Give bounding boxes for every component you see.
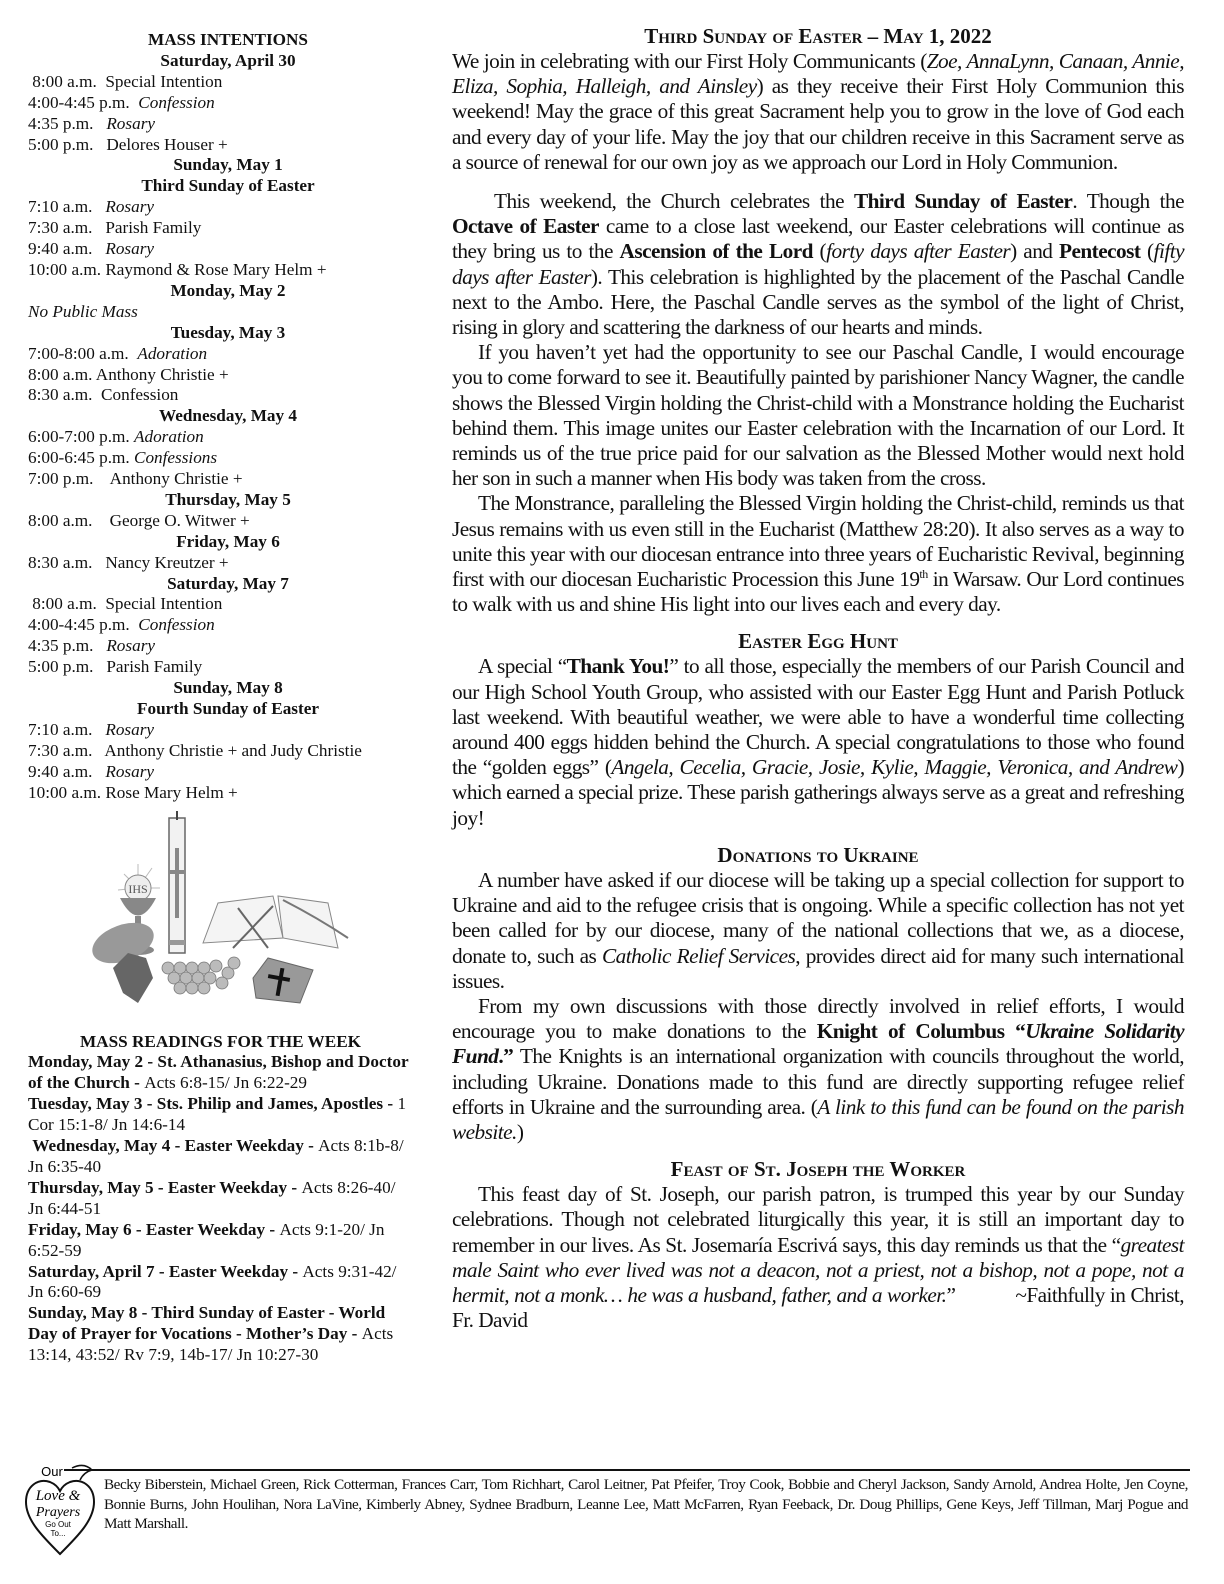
chalice-candle-bible-icon: IHS [28, 808, 428, 1008]
intention-description: Confession [138, 93, 214, 112]
intention-description: Adoration [134, 427, 204, 446]
svg-text:To...: To... [50, 1529, 65, 1538]
day-heading: Thursday, May 5 [28, 490, 428, 511]
reading-item: Monday, May 2 - St. Athanasius, Bishop a… [28, 1052, 413, 1094]
intention-time: 8:00 a.m. [28, 72, 105, 91]
intention-time: 4:35 p.m. [28, 114, 106, 133]
intention-description: George O. Witwer + [110, 511, 250, 530]
egg-hunt-heading: Easter Egg Hunt [452, 629, 1184, 654]
mass-readings-list: Monday, May 2 - St. Athanasius, Bishop a… [28, 1052, 413, 1366]
intro-paragraph-2: This weekend, the Church celebrates the … [452, 189, 1184, 340]
st-joseph-paragraph: This feast day of St. Joseph, our parish… [452, 1182, 1184, 1333]
reading-day-label: Tuesday, May 3 - Sts. Philip and James, … [28, 1094, 397, 1113]
intention-time: 4:00-4:45 p.m. [28, 615, 138, 634]
intention-entry: 7:10 a.m. Rosary [28, 197, 428, 218]
intention-description: Rosary [105, 197, 154, 216]
reading-day-label: Friday, May 6 - Easter Weekday - [28, 1220, 279, 1239]
intention-description: Rosary [106, 114, 155, 133]
svg-text:Go Out: Go Out [45, 1520, 72, 1529]
intention-time: 8:00 a.m. [28, 365, 96, 384]
reading-item: Thursday, May 5 - Easter Weekday - Acts … [28, 1178, 413, 1220]
intention-entry: 8:30 a.m. Confession [28, 385, 428, 406]
intention-time: 5:00 p.m. [28, 657, 106, 676]
intention-time: 10:00 a.m. [28, 260, 105, 279]
day-heading: Wednesday, May 4 [28, 406, 428, 427]
intention-description: Raymond & Rose Mary Helm + [105, 260, 326, 279]
intention-entry: 4:35 p.m. Rosary [28, 636, 428, 657]
intro-paragraph-4: The Monstrance, paralleling the Blessed … [452, 491, 1184, 617]
bulletin-header: Third Sunday of Easter – May 1, 2022 [452, 24, 1184, 49]
intention-description: Parish Family [106, 657, 202, 676]
intention-entry: 7:00 p.m. Anthony Christie + [28, 469, 428, 490]
ukraine-heading: Donations to Ukraine [452, 843, 1184, 868]
egg-hunt-paragraph: A special “Thank You!” to all those, esp… [452, 654, 1184, 830]
eucharist-clipart: IHS [28, 808, 428, 1008]
svg-text:Our: Our [41, 1464, 63, 1479]
intention-description: Confession [138, 615, 214, 634]
intention-time: 5:00 p.m. [28, 135, 106, 154]
footer-divider [64, 1469, 1190, 1471]
reading-day-label: Sunday, May 8 - Third Sunday of Easter -… [28, 1303, 390, 1343]
intention-description: No Public Mass [28, 302, 138, 321]
intention-description: Confessions [134, 448, 217, 467]
intention-entry: 7:30 a.m. Anthony Christie + and Judy Ch… [28, 741, 428, 762]
mass-readings-title: MASS READINGS FOR THE WEEK [28, 1032, 413, 1053]
intention-description: Special Intention [105, 72, 222, 91]
intention-description: Rosary [105, 239, 154, 258]
reading-day-label: Wednesday, May 4 - Easter Weekday - [28, 1136, 318, 1155]
mass-intentions-list: Saturday, April 30 8:00 a.m. Special Int… [28, 51, 428, 804]
intention-description: Anthony Christie + and Judy Christie [104, 741, 361, 760]
reading-item: Tuesday, May 3 - Sts. Philip and James, … [28, 1094, 413, 1136]
intention-time: 7:00 p.m. [28, 469, 110, 488]
intention-entry: 8:00 a.m. Special Intention [28, 72, 428, 93]
day-heading: Tuesday, May 3 [28, 323, 428, 344]
day-heading: Sunday, May 8 [28, 678, 428, 699]
intention-time: 7:30 a.m. [28, 741, 104, 760]
intention-description: Rose Mary Helm + [105, 783, 237, 802]
intro-paragraph-3: If you haven’t yet had the opportunity t… [452, 340, 1184, 491]
intro-paragraph-1: We join in celebrating with our First Ho… [452, 49, 1184, 175]
reading-references: Acts 6:8-15/ Jn 6:22-29 [144, 1073, 307, 1092]
intention-time: 9:40 a.m. [28, 239, 105, 258]
intention-description: Parish Family [105, 218, 201, 237]
intention-entry: 8:00 a.m. Special Intention [28, 594, 428, 615]
intention-time: 7:30 a.m. [28, 218, 105, 237]
intention-entry: No Public Mass [28, 302, 428, 323]
intention-description: Adoration [137, 344, 207, 363]
intention-description: Delores Houser + [106, 135, 227, 154]
intention-description: Anthony Christie + [96, 365, 229, 384]
intention-entry: 7:30 a.m. Parish Family [28, 218, 428, 239]
intention-time: 4:35 p.m. [28, 636, 106, 655]
intention-entry: 8:00 a.m. Anthony Christie + [28, 365, 428, 386]
day-heading: Friday, May 6 [28, 532, 428, 553]
mass-readings: MASS READINGS FOR THE WEEK Monday, May 2… [28, 1032, 413, 1367]
day-heading: Sunday, May 1 [28, 155, 428, 176]
intention-time: 8:00 a.m. [28, 511, 110, 530]
reading-item: Saturday, April 7 - Easter Weekday - Act… [28, 1262, 413, 1304]
intention-time: 6:00-6:45 p.m. [28, 448, 134, 467]
reading-day-label: Saturday, April 7 - Easter Weekday - [28, 1262, 302, 1281]
intention-entry: 10:00 a.m. Rose Mary Helm + [28, 783, 428, 804]
intention-description: Rosary [105, 762, 154, 781]
intention-entry: 6:00-6:45 p.m. Confessions [28, 448, 428, 469]
reading-day-label: Thursday, May 5 - Easter Weekday - [28, 1178, 301, 1197]
day-heading: Saturday, April 30 [28, 51, 428, 72]
intention-description: Confession [101, 385, 178, 404]
love-prayers-heart-logo-icon: Our Love & Prayers Go Out To... [22, 1458, 98, 1558]
svg-text:Prayers: Prayers [35, 1505, 81, 1520]
intention-time: 8:30 a.m. [28, 385, 101, 404]
day-heading: Fourth Sunday of Easter [28, 699, 428, 720]
intention-time: 9:40 a.m. [28, 762, 105, 781]
day-heading: Monday, May 2 [28, 281, 428, 302]
intention-time: 8:30 a.m. [28, 553, 105, 572]
intention-entry: 6:00-7:00 p.m. Adoration [28, 427, 428, 448]
intention-entry: 8:00 a.m. George O. Witwer + [28, 511, 428, 532]
intention-time: 8:00 a.m. [28, 594, 105, 613]
reading-item: Friday, May 6 - Easter Weekday - Acts 9:… [28, 1220, 413, 1262]
intention-entry: 4:00-4:45 p.m. Confession [28, 93, 428, 114]
prayer-list-names: Becky Biberstein, Michael Green, Rick Co… [104, 1475, 1188, 1534]
intention-entry: 9:40 a.m. Rosary [28, 239, 428, 260]
intention-description: Rosary [106, 636, 155, 655]
intention-description: Special Intention [105, 594, 222, 613]
intention-time: 4:00-4:45 p.m. [28, 93, 138, 112]
intention-description: Anthony Christie + [110, 469, 243, 488]
intention-entry: 5:00 p.m. Delores Houser + [28, 135, 428, 156]
reading-item: Wednesday, May 4 - Easter Weekday - Acts… [28, 1136, 413, 1178]
intention-entry: 5:00 p.m. Parish Family [28, 657, 428, 678]
intention-entry: 10:00 a.m. Raymond & Rose Mary Helm + [28, 260, 428, 281]
svg-text:Love &: Love & [35, 1488, 81, 1504]
intention-entry: 4:35 p.m. Rosary [28, 114, 428, 135]
day-heading: Saturday, May 7 [28, 574, 428, 595]
intention-time: 7:10 a.m. [28, 197, 105, 216]
intention-entry: 9:40 a.m. Rosary [28, 762, 428, 783]
intention-description: Rosary [105, 720, 154, 739]
ukraine-paragraph-2: From my own discussions with those direc… [452, 994, 1184, 1145]
ihs-text: IHS [128, 882, 147, 896]
intention-time: 10:00 a.m. [28, 783, 105, 802]
intention-entry: 7:10 a.m. Rosary [28, 720, 428, 741]
st-joseph-heading: Feast of St. Joseph the Worker [452, 1157, 1184, 1182]
ukraine-paragraph-1: A number have asked if our diocese will … [452, 868, 1184, 994]
intention-entry: 7:00-8:00 a.m. Adoration [28, 344, 428, 365]
left-column: MASS INTENTIONS Saturday, April 30 8:00 … [28, 30, 428, 1366]
day-heading: Third Sunday of Easter [28, 176, 428, 197]
intention-entry: 8:30 a.m. Nancy Kreutzer + [28, 553, 428, 574]
intention-description: Nancy Kreutzer + [105, 553, 228, 572]
mass-intentions-title: MASS INTENTIONS [28, 30, 428, 51]
intention-time: 7:10 a.m. [28, 720, 105, 739]
main-column: Third Sunday of Easter – May 1, 2022 We … [452, 24, 1184, 1333]
intention-time: 6:00-7:00 p.m. [28, 427, 134, 446]
intention-time: 7:00-8:00 a.m. [28, 344, 137, 363]
intention-entry: 4:00-4:45 p.m. Confession [28, 615, 428, 636]
reading-item: Sunday, May 8 - Third Sunday of Easter -… [28, 1303, 413, 1366]
